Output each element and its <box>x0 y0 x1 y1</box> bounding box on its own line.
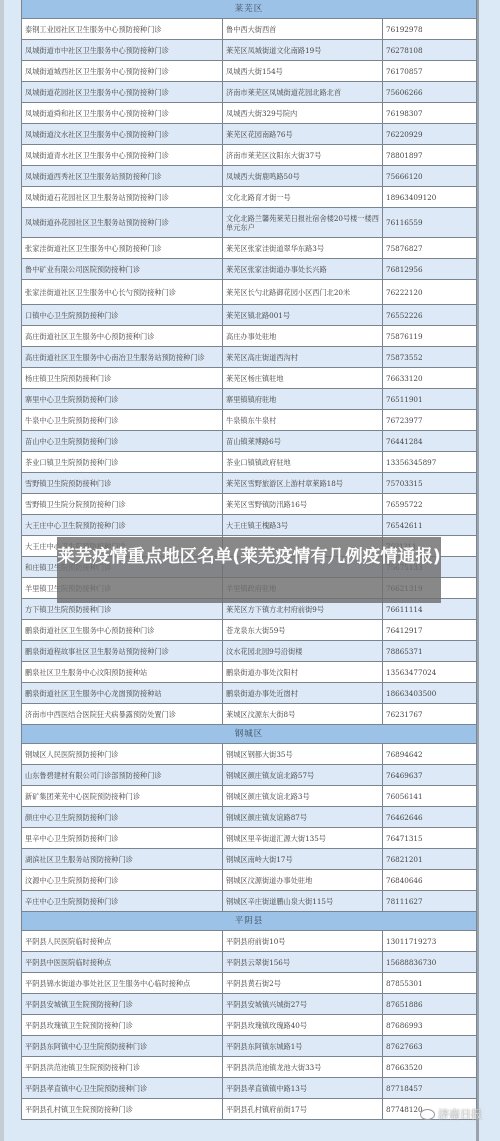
site-name-cell: 高庄街道社区卫生服务中心南冶卫生服务站预防接种门诊 <box>22 347 223 368</box>
site-name-cell: 汶源中心卫生院预防接种门诊 <box>22 870 223 891</box>
table-row: 高庄街道社区卫生服务中心南冶卫生服务站预防接种门诊莱芜区高庄街道西沟村75873… <box>22 347 477 368</box>
site-name-cell: 平阴县孝直镇中心卫生院预防接种门诊 <box>22 1078 223 1099</box>
address-cell: 莱芜区花园南路76号 <box>223 124 383 145</box>
site-name-cell: 湖滨社区卫生服务站预防接种门诊 <box>22 849 223 870</box>
site-name-cell: 凤城街道青水社区卫生服务中心预防接种门诊 <box>22 145 223 166</box>
site-name-cell: 凤城街道孙花园社区卫生服务站预防接种门诊 <box>22 208 223 238</box>
phone-cell: 18663403500 <box>383 683 477 704</box>
address-cell: 莱芜区高庄街道西沟村 <box>223 347 383 368</box>
site-name-cell: 平阴县玫瑰镇卫生院预防接种门诊 <box>22 1015 223 1036</box>
table-row: 湖滨社区卫生服务站预防接种门诊钢城区南岭大街17号76821201 <box>22 849 477 870</box>
site-name-cell: 平阴县中医医院临时接种点 <box>22 952 223 973</box>
section-header-row: 钢城区 <box>22 725 477 744</box>
address-cell: 文化北路兰馨苑莱芜日报社宿舍楼20号楼一楼西单元东户 <box>223 208 383 238</box>
address-cell: 凤城西大街329号院内 <box>223 103 383 124</box>
phone-cell: 75873552 <box>383 347 477 368</box>
address-cell: 莱城区汶源东大街8号 <box>223 704 383 725</box>
table-row: 寨里中心卫生院预防接种门诊寨里镇镇府驻地76511901 <box>22 389 477 410</box>
phone-cell: 87686993 <box>383 1015 477 1036</box>
address-cell: 莱芜区镇北路001号 <box>223 305 383 326</box>
address-cell: 寨里镇镇府驻地 <box>223 389 383 410</box>
address-cell: 钢城区颜庄镇友谊北路57号 <box>223 765 383 786</box>
address-cell: 平阴县孝直镇镇中路13号 <box>223 1078 383 1099</box>
wechat-icon <box>420 1109 435 1120</box>
phone-cell: 78865371 <box>383 641 477 662</box>
address-cell: 高庄办事处驻地 <box>223 326 383 347</box>
phone-cell: 76116559 <box>383 208 477 238</box>
site-name-cell: 山东鲁碧建材有限公司门诊部预防接种门诊 <box>22 765 223 786</box>
address-cell: 莱芜区凤城街道文化南路19号 <box>223 40 383 61</box>
table-row: 凤城街道石花园社区卫生服务站预防接种门诊文化北路育才街一号18963409120 <box>22 187 477 208</box>
site-name-cell: 牛泉中心卫生院预防接种门诊 <box>22 410 223 431</box>
table-row: 鲁中矿业有限公司医院预防接种门诊莱芜区张家洼街道办事处长兴路76812956 <box>22 259 477 280</box>
table-row: 凤城街道青水社区卫生服务中心预防接种门诊济南市莱芜区汶阳东大街37号788018… <box>22 145 477 166</box>
phone-cell: 13011719273 <box>383 931 477 952</box>
table-row: 凤城街道孙花园社区卫生服务站预防接种门诊文化北路兰馨苑莱芜日报社宿舍楼20号楼一… <box>22 208 477 238</box>
table-row: 里辛中心卫生院预防接种门诊钢城区里辛街道汇源大街135号76471315 <box>22 828 477 849</box>
address-cell: 平阴县府前街10号 <box>223 931 383 952</box>
table-row: 鹏泉街道社区卫生服务中心预防接种门诊苍龙泉东大街59号76412917 <box>22 620 477 641</box>
address-cell: 平阴县云翠街156号 <box>223 952 383 973</box>
site-name-cell: 苗山中心卫生院预防接种门诊 <box>22 431 223 452</box>
phone-cell: 76552226 <box>383 305 477 326</box>
site-name-cell: 鲁中矿业有限公司医院预防接种门诊 <box>22 259 223 280</box>
phone-cell: 76222120 <box>383 280 477 305</box>
phone-cell: 76812956 <box>383 259 477 280</box>
address-cell: 鹏泉街道办事处近崮村 <box>223 683 383 704</box>
address-cell: 鹏泉街道办事处汶阳村 <box>223 662 383 683</box>
table-row: 颜庄中心卫生院预防接种门诊钢城区颜庄镇友谊路87号76462646 <box>22 807 477 828</box>
table-row: 平阴县玫瑰镇卫生院预防接种门诊平阴县玫瑰镇玫瑰路40号87686993 <box>22 1015 477 1036</box>
site-name-cell: 平阴县孔村镇卫生院预防接种门诊 <box>22 1099 223 1120</box>
site-name-cell: 济南市中西医结合医院狂犬病暴露预防处置门诊 <box>22 704 223 725</box>
table-row: 大王庄中心卫生院预防接种门诊大王庄镇王槐路3号76542611 <box>22 515 477 536</box>
site-name-cell: 凤城街道西秀社区卫生服务站预防接种门诊 <box>22 166 223 187</box>
address-cell: 鲁中西大街西首 <box>223 19 383 40</box>
site-name-cell: 高庄街道社区卫生服务中心预防接种门诊 <box>22 326 223 347</box>
phone-cell: 76894642 <box>383 744 477 765</box>
site-name-cell: 凤城街道城西社区卫生服务中心预防接种门诊 <box>22 61 223 82</box>
phone-cell: 76441284 <box>383 431 477 452</box>
table-row: 凤城街道城西社区卫生服务中心预防接种门诊凤城西大街154号76170857 <box>22 61 477 82</box>
address-cell: 钢城区汶源街道办事处驻地 <box>223 870 383 891</box>
address-cell: 文化北路育才街一号 <box>223 187 383 208</box>
address-cell: 茶业口镇镇政府驻地 <box>223 452 383 473</box>
site-name-cell: 寨里中心卫生院预防接种门诊 <box>22 389 223 410</box>
address-cell: 钢城区颜庄镇友谊路87号 <box>223 807 383 828</box>
address-cell: 平阴县玫瑰镇玫瑰路40号 <box>223 1015 383 1036</box>
site-name-cell: 张家洼街道社区卫生服务中心长勺预防接种门诊 <box>22 280 223 305</box>
phone-cell: 76056141 <box>383 786 477 807</box>
section-header-row: 平阴县 <box>22 912 477 931</box>
address-cell: 莱芜区杨庄镇驻地 <box>223 368 383 389</box>
site-name-cell: 钢城区人民医院预防接种门诊 <box>22 744 223 765</box>
site-name-cell: 鹏泉街道社区卫生服务中心预防接种门诊 <box>22 620 223 641</box>
table-row: 凤城街道西秀社区卫生服务站预防接种门诊凤城西大街鹿鸣路50号75666120 <box>22 166 477 187</box>
table-row: 苗山中心卫生院预防接种门诊苗山镇莱博路6号76441284 <box>22 431 477 452</box>
site-name-cell: 平阴县洪范池镇卫生院预防接种门诊 <box>22 1057 223 1078</box>
section-header: 平阴县 <box>22 912 477 931</box>
phone-cell: 76595722 <box>383 494 477 515</box>
phone-cell: 76198307 <box>383 103 477 124</box>
table-row: 牛泉中心卫生院预防接种门诊牛泉镇东牛泉村76723977 <box>22 410 477 431</box>
address-cell: 莱芜区雪野旅游区上游村章莱路18号 <box>223 473 383 494</box>
address-cell: 凤城西大街154号 <box>223 61 383 82</box>
table-row: 凤城街道市中社区卫生服务中心预防接种门诊莱芜区凤城街道文化南路19号762781… <box>22 40 477 61</box>
phone-cell: 76192978 <box>383 19 477 40</box>
site-name-cell: 凤城街道石花园社区卫生服务站预防接种门诊 <box>22 187 223 208</box>
phone-cell: 87718457 <box>383 1078 477 1099</box>
site-name-cell: 辛庄中心卫生院预防接种门诊 <box>22 891 223 912</box>
site-name-cell: 凤城街道市中社区卫生服务中心预防接种门诊 <box>22 40 223 61</box>
table-row: 平阴县安城镇卫生院预防接种门诊平阴县安城镇兴城街27号87651886 <box>22 994 477 1015</box>
phone-cell: 76840646 <box>383 870 477 891</box>
table-row: 辛庄中心卫生院预防接种门诊钢城区辛庄街道鹏山泉大街115号78111627 <box>22 891 477 912</box>
table-row: 汶源中心卫生院预防接种门诊钢城区汶源街道办事处驻地76840646 <box>22 870 477 891</box>
table-row: 平阴县中医医院临时接种点平阴县云翠街156号15688836730 <box>22 952 477 973</box>
phone-cell: 13356345897 <box>383 452 477 473</box>
site-name-cell: 泰钢工业园社区卫生服务中心预防接种门诊 <box>22 19 223 40</box>
phone-cell: 87855301 <box>383 973 477 994</box>
address-cell: 济南市莱芜区汶阳东大街37号 <box>223 145 383 166</box>
table-row: 雪野镇卫生院预防接种门诊莱芜区雪野旅游区上游村章莱路18号75703315 <box>22 473 477 494</box>
table-row: 平阴县孔村镇卫生院预防接种门诊平阴县孔村镇府前街17号87748120 <box>22 1099 477 1120</box>
address-cell: 莱芜区长勺北路御花园小区西门北20米 <box>223 280 383 305</box>
address-cell: 莱芜区张家洼街道办事处长兴路 <box>223 259 383 280</box>
site-name-cell: 口镇中心卫生院预防接种门诊 <box>22 305 223 326</box>
address-cell: 平阴县孔村镇府前街17号 <box>223 1099 383 1120</box>
table-row: 山东鲁碧建材有限公司门诊部预防接种门诊钢城区颜庄镇友谊北路57号76469637 <box>22 765 477 786</box>
phone-cell: 76542611 <box>383 515 477 536</box>
address-cell: 大王庄镇王槐路3号 <box>223 515 383 536</box>
address-cell: 平阴县东阿镇东城路1号 <box>223 1036 383 1057</box>
phone-cell: 75606266 <box>383 82 477 103</box>
section-header-row: 莱芜区 <box>22 0 477 19</box>
site-name-cell: 茶业口镇卫生院预防接种门诊 <box>22 452 223 473</box>
phone-cell: 75876119 <box>383 326 477 347</box>
site-name-cell: 雪野镇卫生院预防接种门诊 <box>22 473 223 494</box>
site-name-cell: 雪野镇卫生院分院预防接种门诊 <box>22 494 223 515</box>
phone-cell: 75666120 <box>383 166 477 187</box>
address-cell: 钢城区辛庄街道鹏山泉大街115号 <box>223 891 383 912</box>
address-cell: 钢城区南岭大街17号 <box>223 849 383 870</box>
phone-cell: 76723977 <box>383 410 477 431</box>
phone-cell: 76462646 <box>383 807 477 828</box>
site-name-cell: 大王庄中心卫生院预防接种门诊 <box>22 515 223 536</box>
phone-cell: 76220929 <box>383 124 477 145</box>
address-cell: 平阴县洪范池镇龙池大街33号 <box>223 1057 383 1078</box>
table-row: 凤城街道花园社区卫生服务中心预防接种门诊济南市莱芜区凤城街道花园北路北首7560… <box>22 82 477 103</box>
phone-cell: 76278108 <box>383 40 477 61</box>
site-name-cell: 鹏泉社区卫生服务中心汶阳预防接种站 <box>22 662 223 683</box>
address-cell: 平阴县安城镇兴城街27号 <box>223 994 383 1015</box>
phone-cell: 87627663 <box>383 1036 477 1057</box>
site-name-cell: 新矿集团莱芜中心医院预防接种门诊 <box>22 786 223 807</box>
phone-cell: 76821201 <box>383 849 477 870</box>
site-name-cell: 平阴县东阿镇中心卫生院预防接种门诊 <box>22 1036 223 1057</box>
address-cell: 莱芜区张家洼街道翠华东路3号 <box>223 238 383 259</box>
site-name-cell: 平阴县人民医院临时接种点 <box>22 931 223 952</box>
article-title: 莱芜疫情重点地区名单(莱芜疫情有几例疫情通报) <box>57 547 441 567</box>
table-row: 凤城街道汶水社区卫生服务中心预防接种门诊莱芜区花园南路76号76220929 <box>22 124 477 145</box>
address-cell: 莱芜区雪野镇防汛路16号 <box>223 494 383 515</box>
address-cell: 钢城区里辛街道汇源大街135号 <box>223 828 383 849</box>
section-header: 钢城区 <box>22 725 477 744</box>
table-row: 平阴县人民医院临时接种点平阴县府前街10号13011719273 <box>22 931 477 952</box>
site-name-cell: 鹏泉街道程故事社区卫生服务站预防接种门诊 <box>22 641 223 662</box>
phone-cell: 76633120 <box>383 368 477 389</box>
site-name-cell: 颜庄中心卫生院预防接种门诊 <box>22 807 223 828</box>
site-name-cell: 张家洼街道社区卫生服务中心预防接种门诊 <box>22 238 223 259</box>
address-cell: 凤城西大街鹿鸣路50号 <box>223 166 383 187</box>
section-header: 莱芜区 <box>22 0 477 19</box>
table-row: 鹏泉社区卫生服务中心汶阳预防接种站鹏泉街道办事处汶阳村13563477024 <box>22 662 477 683</box>
table-row: 雪野镇卫生院分院预防接种门诊莱芜区雪野镇防汛路16号76595722 <box>22 494 477 515</box>
phone-cell: 76469637 <box>383 765 477 786</box>
phone-cell: 76412917 <box>383 620 477 641</box>
address-cell: 钢城区钢都大街35号 <box>223 744 383 765</box>
table-row: 杨庄镇卫生院预防接种门诊莱芜区杨庄镇驻地76633120 <box>22 368 477 389</box>
phone-cell: 76511901 <box>383 389 477 410</box>
address-cell: 汶水花园北园9号沿街楼 <box>223 641 383 662</box>
article-title-banner: 莱芜疫情重点地区名单(莱芜疫情有几例疫情通报) <box>57 537 441 603</box>
table-row: 茶业口镇卫生院预防接种门诊茶业口镇镇政府驻地13356345897 <box>22 452 477 473</box>
phone-cell: 18963409120 <box>383 187 477 208</box>
table-row: 新矿集团莱芜中心医院预防接种门诊钢城区颜庄镇友谊北路3号76056141 <box>22 786 477 807</box>
phone-cell: 76170857 <box>383 61 477 82</box>
address-cell: 平阴县黄石街2号 <box>223 973 383 994</box>
phone-cell: 76231767 <box>383 704 477 725</box>
phone-cell: 15688836730 <box>383 952 477 973</box>
site-name-cell: 凤城街道花园社区卫生服务中心预防接种门诊 <box>22 82 223 103</box>
address-cell: 苗山镇莱博路6号 <box>223 431 383 452</box>
address-cell: 钢城区颜庄镇友谊北路3号 <box>223 786 383 807</box>
watermark: 济南日报 <box>420 1106 482 1122</box>
address-cell: 苍龙泉东大街59号 <box>223 620 383 641</box>
table-row: 钢城区人民医院预防接种门诊钢城区钢都大街35号76894642 <box>22 744 477 765</box>
table-row: 平阴县孝直镇中心卫生院预防接种门诊平阴县孝直镇镇中路13号87718457 <box>22 1078 477 1099</box>
site-name-cell: 鹏泉街道社区卫生服务中心龙崮预防接种站 <box>22 683 223 704</box>
site-name-cell: 平阴县安城镇卫生院预防接种门诊 <box>22 994 223 1015</box>
table-row: 张家洼街道社区卫生服务中心长勺预防接种门诊莱芜区长勺北路御花园小区西门北20米7… <box>22 280 477 305</box>
site-name-cell: 凤城街道汶水社区卫生服务中心预防接种门诊 <box>22 124 223 145</box>
phone-cell: 87651886 <box>383 994 477 1015</box>
table-row: 鹏泉街道社区卫生服务中心龙崮预防接种站鹏泉街道办事处近崮村18663403500 <box>22 683 477 704</box>
address-cell: 济南市莱芜区凤城街道花园北路北首 <box>223 82 383 103</box>
table-row: 高庄街道社区卫生服务中心预防接种门诊高庄办事处驻地75876119 <box>22 326 477 347</box>
table-row: 平阴县洪范池镇卫生院预防接种门诊平阴县洪范池镇龙池大街33号87663520 <box>22 1057 477 1078</box>
phone-cell: 13563477024 <box>383 662 477 683</box>
phone-cell: 78801897 <box>383 145 477 166</box>
table-row: 凤城街道舜和社区卫生服务中心预防接种门诊凤城西大街329号院内76198307 <box>22 103 477 124</box>
table-row: 平阴县东阿镇中心卫生院预防接种门诊平阴县东阿镇东城路1号87627663 <box>22 1036 477 1057</box>
site-name-cell: 凤城街道舜和社区卫生服务中心预防接种门诊 <box>22 103 223 124</box>
phone-cell: 76471315 <box>383 828 477 849</box>
phone-cell: 87663520 <box>383 1057 477 1078</box>
table-row: 鹏泉街道程故事社区卫生服务站预防接种门诊汶水花园北园9号沿街楼78865371 <box>22 641 477 662</box>
phone-cell: 75703315 <box>383 473 477 494</box>
phone-cell: 78111627 <box>383 891 477 912</box>
page-frame-left <box>0 0 4 1141</box>
address-cell: 牛泉镇东牛泉村 <box>223 410 383 431</box>
phone-cell: 75876827 <box>383 238 477 259</box>
table-row: 泰钢工业园社区卫生服务中心预防接种门诊鲁中西大街西首76192978 <box>22 19 477 40</box>
table-row: 张家洼街道社区卫生服务中心预防接种门诊莱芜区张家洼街道翠华东路3号7587682… <box>22 238 477 259</box>
table-row: 平阴县锦水街道办事处社区卫生服务中心临时接种点平阴县黄石街2号87855301 <box>22 973 477 994</box>
site-name-cell: 平阴县锦水街道办事处社区卫生服务中心临时接种点 <box>22 973 223 994</box>
table-row: 济南市中西医结合医院狂犬病暴露预防处置门诊莱城区汶源东大街8号76231767 <box>22 704 477 725</box>
table-row: 口镇中心卫生院预防接种门诊莱芜区镇北路001号76552226 <box>22 305 477 326</box>
site-name-cell: 杨庄镇卫生院预防接种门诊 <box>22 368 223 389</box>
watermark-text: 济南日报 <box>438 1106 482 1122</box>
site-name-cell: 里辛中心卫生院预防接种门诊 <box>22 828 223 849</box>
